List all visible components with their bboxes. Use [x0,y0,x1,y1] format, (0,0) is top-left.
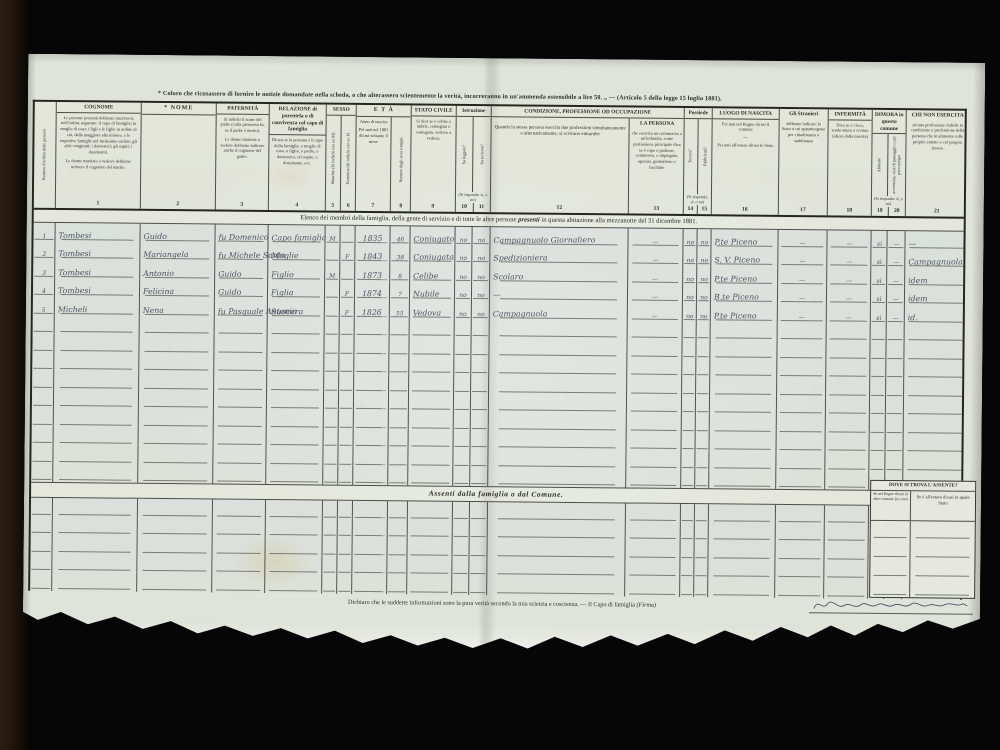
cell-stranieri [777,359,826,378]
handwritten-entry: idem [908,294,928,303]
cell-scrive [471,393,489,412]
cell-persona [625,577,680,596]
handwritten-entry: 2 [42,251,46,258]
handwritten-entry: no [700,257,708,264]
census-sheet: * Coloro che ricusassero di fornire le n… [23,54,986,663]
cell-persona [627,413,682,432]
cell-anno [354,411,389,430]
cell-chi [905,324,967,343]
cell-relazione: Suocera [268,299,325,318]
handwritten-entry: — [893,259,899,266]
cell-legge [453,467,470,486]
handwritten-entry: — [799,295,805,302]
column-header-eta: E T À Anno di nascita Pei nati nel 1881 … [356,105,412,212]
cell-legge [454,430,471,449]
handwritten-entry: 1873 [362,270,382,279]
cell-stranieri: — [778,285,827,304]
handwritten-entry: Mariangela [143,250,188,259]
cell-f: F [340,244,355,263]
cell-m [324,429,339,448]
cell-professione: Campagnuola [490,301,628,321]
cell-chi [904,398,966,417]
cell-anni [389,430,409,449]
cell-f [338,519,353,538]
cell-f [340,318,355,337]
handwritten-entry: no [477,255,485,262]
handwritten-entry: Figlio [271,270,294,279]
handwritten-entry: fu Domenico [219,232,269,241]
absent-location-box: DOVE SI TROVA L'ASSENTE? Se nel Regno di… [869,480,976,599]
cell-anni: 8 [390,263,410,282]
cell-infermita [826,415,870,434]
cell-legge: no [455,282,472,301]
cell-paternita: Guido [215,262,268,281]
handwritten-entry: M [329,235,335,242]
cell-avventizia: — [887,231,905,250]
cell-avventizia [886,379,904,398]
cell-chi: — [905,231,967,250]
cell-m [322,575,337,594]
cell-anni [389,356,409,375]
cell-persona [627,376,682,395]
cell-anni: 7 [390,282,410,301]
column-number: 4 [269,201,325,211]
cell-m [323,501,338,520]
cell-stato [410,319,455,338]
handwritten-entry: Campagnuola [908,257,963,266]
cell-anno: 1843 [355,244,390,263]
cell-terreni: no [683,285,697,304]
cell-f [337,538,352,557]
cell-anno: 1873 [355,263,390,282]
handwritten-entry: P.te Piceno [714,237,757,246]
cell-stranieri [776,452,825,471]
column-number: 1 [56,199,140,209]
cell-professione [487,558,625,578]
cell-luogo [710,433,777,452]
numero-label: Numero d'ordine delle persone [42,129,47,181]
cell-professione [488,502,626,522]
handwritten-entry: sì [876,240,881,247]
cell-professione [489,357,627,377]
cell-terreni [680,559,694,578]
cell-cognome [53,516,138,535]
cell-relazione [266,500,323,519]
cell-chi [904,361,966,380]
cell-m [324,355,339,374]
cell-paternita: Guido [215,280,268,299]
cell-n [31,516,53,535]
handwritten-entry: — [652,275,658,282]
cell-terreni [680,541,694,560]
cell-avventizia: — [887,286,905,305]
handwritten-entry: no [700,239,708,246]
column-header-numero: Numero d'ordine delle persone [34,102,57,208]
cell-infermita: — [827,249,871,268]
cell-abituale [869,434,885,453]
cell-scrive: no [472,301,490,320]
cell-n: 2 [33,241,55,260]
cell-paternita: fu Pasquale Antonio [215,299,268,318]
column-number: 18 [828,206,871,215]
cell-infermita [826,378,870,397]
cell-m [324,392,339,411]
cell-stato [409,374,454,393]
cell-cognome [54,371,139,390]
handwritten-entry: P.te Piceno [714,311,757,320]
cell-nome [139,335,214,354]
handwritten-entry: Tombesi [58,249,91,258]
subcolumn-avventizia: avventizia, cioè di passaggio o per poco… [888,134,907,196]
cell-chi: idem [905,287,967,306]
cell-nome: Guido [140,224,215,243]
cell-cognome [52,535,137,554]
cell-scrive [470,520,488,539]
subcolumn-terreni: Terreni? [684,119,699,194]
cell-stranieri [776,523,825,542]
cell-abituale [871,323,887,342]
cell-fabbricati [695,523,709,542]
cell-terreni [682,340,696,359]
cell-fabbricati [695,504,709,523]
cell-relazione [267,355,324,374]
handwritten-entry: sì [876,314,881,321]
cell-m [322,556,337,575]
column-header-luogo-nascita: LUOGO DI NASCITA Pei nati nel Regno dica… [712,108,780,215]
cell-paternita [213,500,266,519]
handwritten-entry: Capo famiglia [272,233,327,242]
cell-infermita [826,341,870,360]
cell-paternita: fu Michele Santo [215,243,268,262]
cell-m [325,244,340,263]
cell-persona [626,503,681,522]
cell-stato: Nubile [410,282,455,301]
cell-professione: Spedizioniera [490,246,628,266]
handwritten-entry: no [700,276,708,283]
cell-abituale: sì [871,231,887,250]
cell-infermita [825,434,869,453]
cell-legge [454,375,471,394]
cell-luogo [709,504,776,523]
cell-anni [388,467,408,486]
cell-relazione [265,537,322,556]
cell-abituale: sì [871,268,887,287]
table-surface-edge [0,0,28,750]
cell-scrive: no [472,264,490,283]
handwritten-entry: — [799,258,805,265]
cell-legge [454,412,471,431]
cell-fabbricati [695,470,709,489]
cell-paternita [215,317,268,336]
handwritten-entry: Scolaro [493,272,523,281]
cell-chi [903,435,965,454]
cell-infermita [825,524,869,543]
cell-stranieri: — [778,304,827,323]
cell-m: M [325,263,340,282]
cell-paternita [212,574,265,593]
handwritten-entry: 4 [42,288,46,295]
column-header-paternita: PATERNITÀ Si indichi il nome del padre (… [216,104,270,211]
subcolumn-sa-scrivere: Sa scrivere? [473,117,492,192]
handwritten-entry: no [686,313,694,320]
cell-legge: no [455,264,472,283]
cell-n [33,315,55,334]
cell-anno: 1826 [355,300,390,319]
cell-luogo [709,451,776,470]
cell-anno [353,501,388,520]
cell-f [339,429,354,448]
cell-f [340,263,355,282]
cell-fabbricati [696,340,710,359]
handwritten-entry: S. V. Piceno [714,255,760,264]
subcolumn-anni-compiti: Numero degli anni compiti 8 [391,117,412,212]
cell-persona: — [628,265,683,284]
handwritten-entry: no [700,294,708,301]
table-header: Numero d'ordine delle persone COGNOME Le… [34,102,965,219]
handwritten-entry: 1874 [362,289,382,298]
cell-f [339,337,354,356]
handwritten-entry: Tombesi [59,231,92,240]
handwritten-entry: sì [876,259,881,266]
cell-relazione [266,447,323,466]
cell-cognome [55,315,140,334]
cell-infermita [825,471,869,490]
cell-legge [452,557,469,576]
cell-paternita [214,410,267,429]
cell-luogo [708,560,775,579]
cell-fabbricati [697,322,711,341]
cell-luogo [708,578,775,597]
cell-relazione [268,318,325,337]
cell-fabbricati: no [697,285,711,304]
cell-n [32,352,54,371]
cell-avventizia [886,342,904,361]
cell-scrive: no [472,245,490,264]
cell-m [325,281,340,300]
cell-luogo [710,340,777,359]
handwritten-entry: Antonio [143,268,174,277]
cell-n [32,371,54,390]
cell-m: M [325,226,340,245]
cell-nome: Mariangela [140,242,215,261]
cell-m [324,337,339,356]
column-number: 9 [411,202,455,211]
handwritten-entry: — [652,312,658,319]
census-scan-scene: * Coloro che ricusassero di fornire le n… [0,0,1000,750]
cell-fabbricati [696,377,710,396]
cell-cognome: Tombesi [55,260,140,279]
handwritten-entry: Campagnuolo Giornaliero [494,235,596,244]
cell-persona [627,339,682,358]
subcolumn-maschio: Maschio (Si indichi con un M) 5 [326,115,342,210]
cell-paternita [214,354,267,373]
cell-abituale [869,453,885,472]
cell-relazione [265,574,322,593]
cell-avventizia: — [887,305,905,324]
cell-chi: Campagnuola [905,250,967,269]
cell-scrive: no [472,227,490,246]
cell-professione: Campagnuolo Giornaliero [490,227,628,247]
cell-anno [354,392,389,411]
handwritten-entry: F [345,309,349,316]
cell-f [338,448,353,467]
handwritten-entry: — [652,238,658,245]
cell-nome [137,554,212,573]
handwritten-entry: — [493,290,501,299]
cell-luogo [710,377,777,396]
cell-f [339,374,354,393]
cell-anni [389,337,409,356]
cell-infermita [824,542,868,561]
cell-stranieri: — [778,267,827,286]
handwritten-entry: B.te Piceno [714,292,759,301]
cell-terreni [682,396,696,415]
handwritten-entry: Guido [218,288,241,297]
cell-nome [138,517,213,536]
cell-anno: 1874 [355,281,390,300]
cell-paternita [213,518,266,537]
cell-stato [408,467,453,486]
cell-fabbricati [696,433,710,452]
handwritten-entry: sì [876,296,881,303]
cell-luogo [710,396,777,415]
cell-n [30,572,52,591]
handwritten-entry: — [799,314,805,321]
cell-infermita [826,360,870,379]
handwritten-entry: — [893,241,899,248]
cell-persona [626,450,681,469]
cell-stranieri [775,542,824,561]
cell-terreni [681,504,695,523]
cell-f [339,411,354,430]
cell-anno [352,575,387,594]
cell-nome [137,536,212,555]
cell-terreni [680,578,694,597]
handwritten-entry: Nubile [413,289,439,298]
handwritten-entry: Moglie [271,251,298,260]
handwritten-entry: no [459,292,467,299]
handwritten-entry: idem [908,276,928,285]
handwritten-entry: Tombesi [58,286,91,295]
cell-cognome [54,352,139,371]
cell-professione [489,394,627,414]
cell-f [337,575,352,594]
cell-nome [137,573,212,592]
cell-scrive [471,412,489,431]
column-header-infermita: INFERMITÀ Dica se è cieco, sordo-muto o … [828,109,873,215]
handwritten-entry: 5 [41,306,45,313]
handwritten-entry: Campagnuola [493,309,548,318]
cell-legge [453,449,470,468]
column-number: 3 [216,201,268,210]
cell-anno [352,556,387,575]
column-header-possiede: Possiede Terreni? Fabbricati? (Si rispon… [684,108,713,214]
handwritten-entry: no [700,313,708,320]
handwritten-entry: 1 [42,232,46,239]
cell-fabbricati [694,578,708,597]
cell-luogo [709,470,776,489]
cell-terreni [682,359,696,378]
cell-stranieri [778,322,827,341]
handwritten-entry: no [686,239,694,246]
cell-paternita [212,537,265,556]
cell-anni: 55 [390,300,410,319]
cell-n [32,389,54,408]
cell-stato: Vedova [410,300,455,319]
cell-persona: — [628,228,683,247]
cell-n [31,445,53,464]
handwritten-entry: no [460,236,468,243]
cell-scrive [469,539,487,558]
handwritten-entry: — [892,296,898,303]
cell-terreni: no [683,266,697,285]
cell-abituale [870,342,886,361]
cell-nome [138,499,213,518]
cell-anno [354,337,389,356]
cell-terreni: no [683,303,697,322]
cell-legge: no [455,245,472,264]
cell-stranieri [776,505,825,524]
handwritten-entry: Suocera [271,307,303,316]
column-header-stranieri: Gli Stranieri debbono indicare lo Stato … [779,109,829,215]
cell-stranieri [775,560,824,579]
absent-abroad-header: Se è all'estero dicasi in quale Stato [911,491,975,521]
cell-legge [455,319,472,338]
cell-cognome: Tombesi [55,223,140,242]
column-header-nome: * NOME 2 [141,103,217,210]
cell-relazione: Figlio [268,262,325,281]
cell-cognome: Micheli [55,297,140,316]
cell-persona [628,321,683,340]
cell-relazione [267,392,324,411]
cell-m [324,411,339,430]
cell-chi [904,342,966,361]
cell-terreni [682,377,696,396]
cell-fabbricati: no [697,266,711,285]
handwritten-entry: — [652,294,658,301]
handwritten-entry: no [477,274,485,281]
column-header-sesso: SESSO Maschio (Si indichi con un M) 5 Fe… [326,105,357,211]
handwritten-entry: no [477,311,485,318]
cell-luogo [710,359,777,378]
handwritten-entry: 1835 [363,233,383,242]
cell-legge [452,576,469,595]
cell-luogo: B.te Piceno [711,285,778,304]
cell-stato [407,538,452,557]
cell-professione [490,320,628,340]
cell-stato [409,337,454,356]
cell-fabbricati: no [697,229,711,248]
cell-luogo [710,414,777,433]
cell-avventizia: — [887,268,905,287]
subcolumn-fabbricati: Fabbricati? [698,119,713,194]
handwritten-entry: 55 [395,310,403,317]
cell-cognome [54,408,139,427]
handwritten-entry: sì [876,277,881,284]
cell-nome [138,464,213,483]
cell-professione [487,576,625,596]
cell-stato [408,520,453,539]
handwritten-entry: — [799,277,805,284]
cell-chi [903,453,965,472]
cell-infermita [827,323,871,342]
handwritten-entry: F [345,291,349,298]
cell-scrive [470,502,488,521]
cell-persona [627,358,682,377]
cell-avventizia [885,434,903,453]
handwritten-entry: F [345,254,349,261]
cell-professione [488,449,626,469]
